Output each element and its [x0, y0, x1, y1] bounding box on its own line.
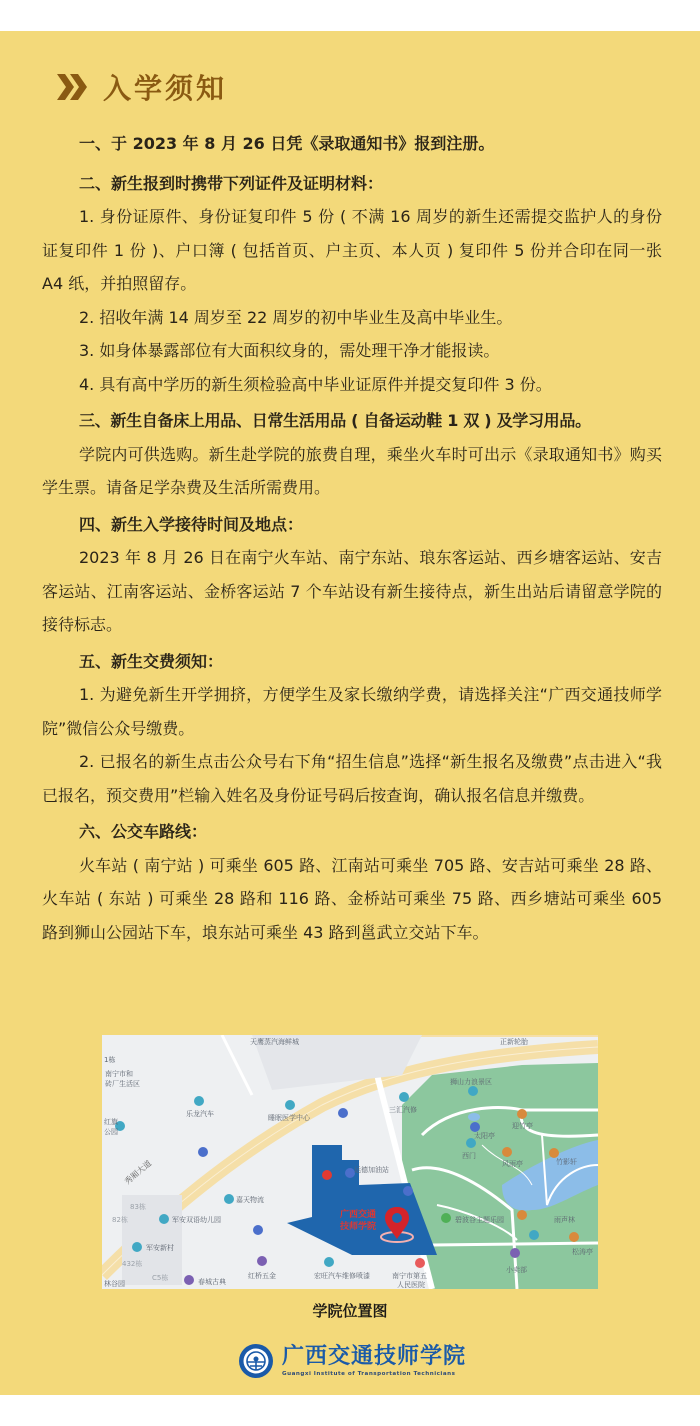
map-label-gas-station: 运德加油站 [354, 1165, 389, 1175]
map-graphics [102, 1035, 598, 1289]
paragraph-5-2: 2. 已报名的新生点击公众号右下角“招生信息”选择“新生报名及缴费”点击进入“我… [42, 745, 662, 812]
map-label-b432: 432栋 [122, 1259, 142, 1269]
map-label-b1: 1栋 [104, 1055, 115, 1065]
map-label-jiatian: 嘉天物流 [236, 1195, 264, 1205]
paragraph-5-1: 1. 为避免新生开学拥挤，方便学生及家长缴纳学费，请选择关注“广西交通技师学院”… [42, 678, 662, 745]
map-label-hongqi1: 红旗 [104, 1117, 118, 1127]
paragraph-2-1: 1. 身份证原件、身份证复印件 5 份 ( 不满 16 周岁的新生还需提交监护人… [42, 200, 662, 301]
school-name-cn: 广西交通技师学院 [282, 1345, 466, 1369]
paragraph-2-4: 4. 具有高中学历的新生须检验高中毕业证原件并提交复印件 3 份。 [42, 368, 662, 402]
map-label-c5: C5栋 [152, 1273, 168, 1283]
notice-content: 一、于 2023 年 8 月 26 日凭《录取通知书》报到注册。 二、新生报到时… [42, 127, 662, 949]
campus-location-map[interactable]: 天鹰蒸汽海鲜城 正新轮胎 1栋 南宁市和 砖厂生活区 乐龙汽车 睡眠医学中心 三… [102, 1035, 598, 1289]
map-label-zhuying: 竹影轩 [556, 1157, 577, 1167]
map-label-b82: 82栋 [112, 1215, 128, 1225]
map-label-taiyang: 太阳亭 [474, 1131, 495, 1141]
map-label-chuncheng: 春城古典 [198, 1277, 226, 1287]
map-label-hongwang: 宏旺汽车维修喷漆 [314, 1271, 370, 1281]
section-heading-2: 二、新生报到时携带下列证件及证明材料： [42, 167, 662, 201]
section-heading-4: 四、新生入学接待时间及地点： [42, 508, 662, 542]
paragraph-2-2: 2. 招收年满 14 周岁至 22 周岁的初中毕业生及高中毕业生。 [42, 301, 662, 335]
map-label-yuqi: 雨声林 [554, 1215, 575, 1225]
paragraph-3: 学院内可供选购。新生赴学院的旅费自理，乘坐火车时可出示《录取通知书》购买学生票。… [42, 438, 662, 505]
map-label-sanhui: 三汇汽修 [389, 1105, 417, 1115]
section-heading-3: 三、新生自备床上用品、日常生活用品 ( 自备运动鞋 1 双 ) 及学习用品。 [42, 404, 662, 438]
map-label-hospital2: 人民医院 [397, 1280, 425, 1289]
map-label-garden: 碧波谷主题乐园 [455, 1215, 504, 1225]
map-label-b83: 83栋 [130, 1202, 146, 1212]
paragraph-4: 2023 年 8 月 26 日在南宁火车站、南宁东站、琅东客运站、西乡塘客运站、… [42, 541, 662, 642]
section-heading-5: 五、新生交费须知： [42, 645, 662, 679]
section-title: 入学须知 [55, 64, 227, 110]
map-label-zhengxin: 正新轮胎 [500, 1037, 528, 1047]
school-emblem-icon [238, 1343, 274, 1379]
map-label-hongqiao: 红桥五金 [248, 1271, 276, 1281]
map-label-lelong: 乐龙汽车 [186, 1109, 214, 1119]
map-label-xiaoyuan: 小卖部 [506, 1265, 527, 1275]
map-label-factory: 南宁市和 [105, 1069, 133, 1079]
map-label-tianying: 天鹰蒸汽海鲜城 [250, 1037, 299, 1047]
map-label-fengyu: 风雨亭 [502, 1159, 523, 1169]
map-label-factory2: 砖厂生活区 [105, 1079, 140, 1089]
map-label-shishan: 狮山力浪景区 [450, 1077, 492, 1087]
map-label-linyu: 林谷园 [104, 1279, 125, 1289]
map-label-junan-village: 军安新村 [146, 1243, 174, 1253]
page-title: 入学须知 [103, 67, 227, 107]
school-logo: 广西交通技师学院 Guangxi Institute of Transporta… [238, 1343, 466, 1379]
paragraph-2-3: 3. 如身体暴露部位有大面积纹身的，需处理干净才能报读。 [42, 334, 662, 368]
double-chevron-icon [55, 70, 89, 104]
paragraph-6: 火车站 ( 南宁站 ) 可乘坐 605 路、江南站可乘坐 705 路、安吉站可乘… [42, 849, 662, 950]
map-caption: 学院位置图 [0, 1300, 700, 1321]
school-name-en: Guangxi Institute of Transportation Tech… [282, 1371, 466, 1377]
map-label-junan-kg: 军安双语幼儿园 [172, 1215, 221, 1225]
map-label-medical: 睡眠医学中心 [268, 1113, 310, 1123]
section-heading-1: 一、于 2023 年 8 月 26 日凭《录取通知书》报到注册。 [42, 127, 662, 161]
campus-label-line2: 技师学院 [340, 1219, 376, 1232]
map-label-ximen: 西门 [462, 1151, 476, 1161]
map-label-hongqi2: 公园 [104, 1127, 118, 1137]
map-label-yingting: 迎竹亭 [512, 1121, 533, 1131]
map-label-songtao: 松涛亭 [572, 1247, 593, 1257]
section-heading-6: 六、公交车路线： [42, 815, 662, 849]
